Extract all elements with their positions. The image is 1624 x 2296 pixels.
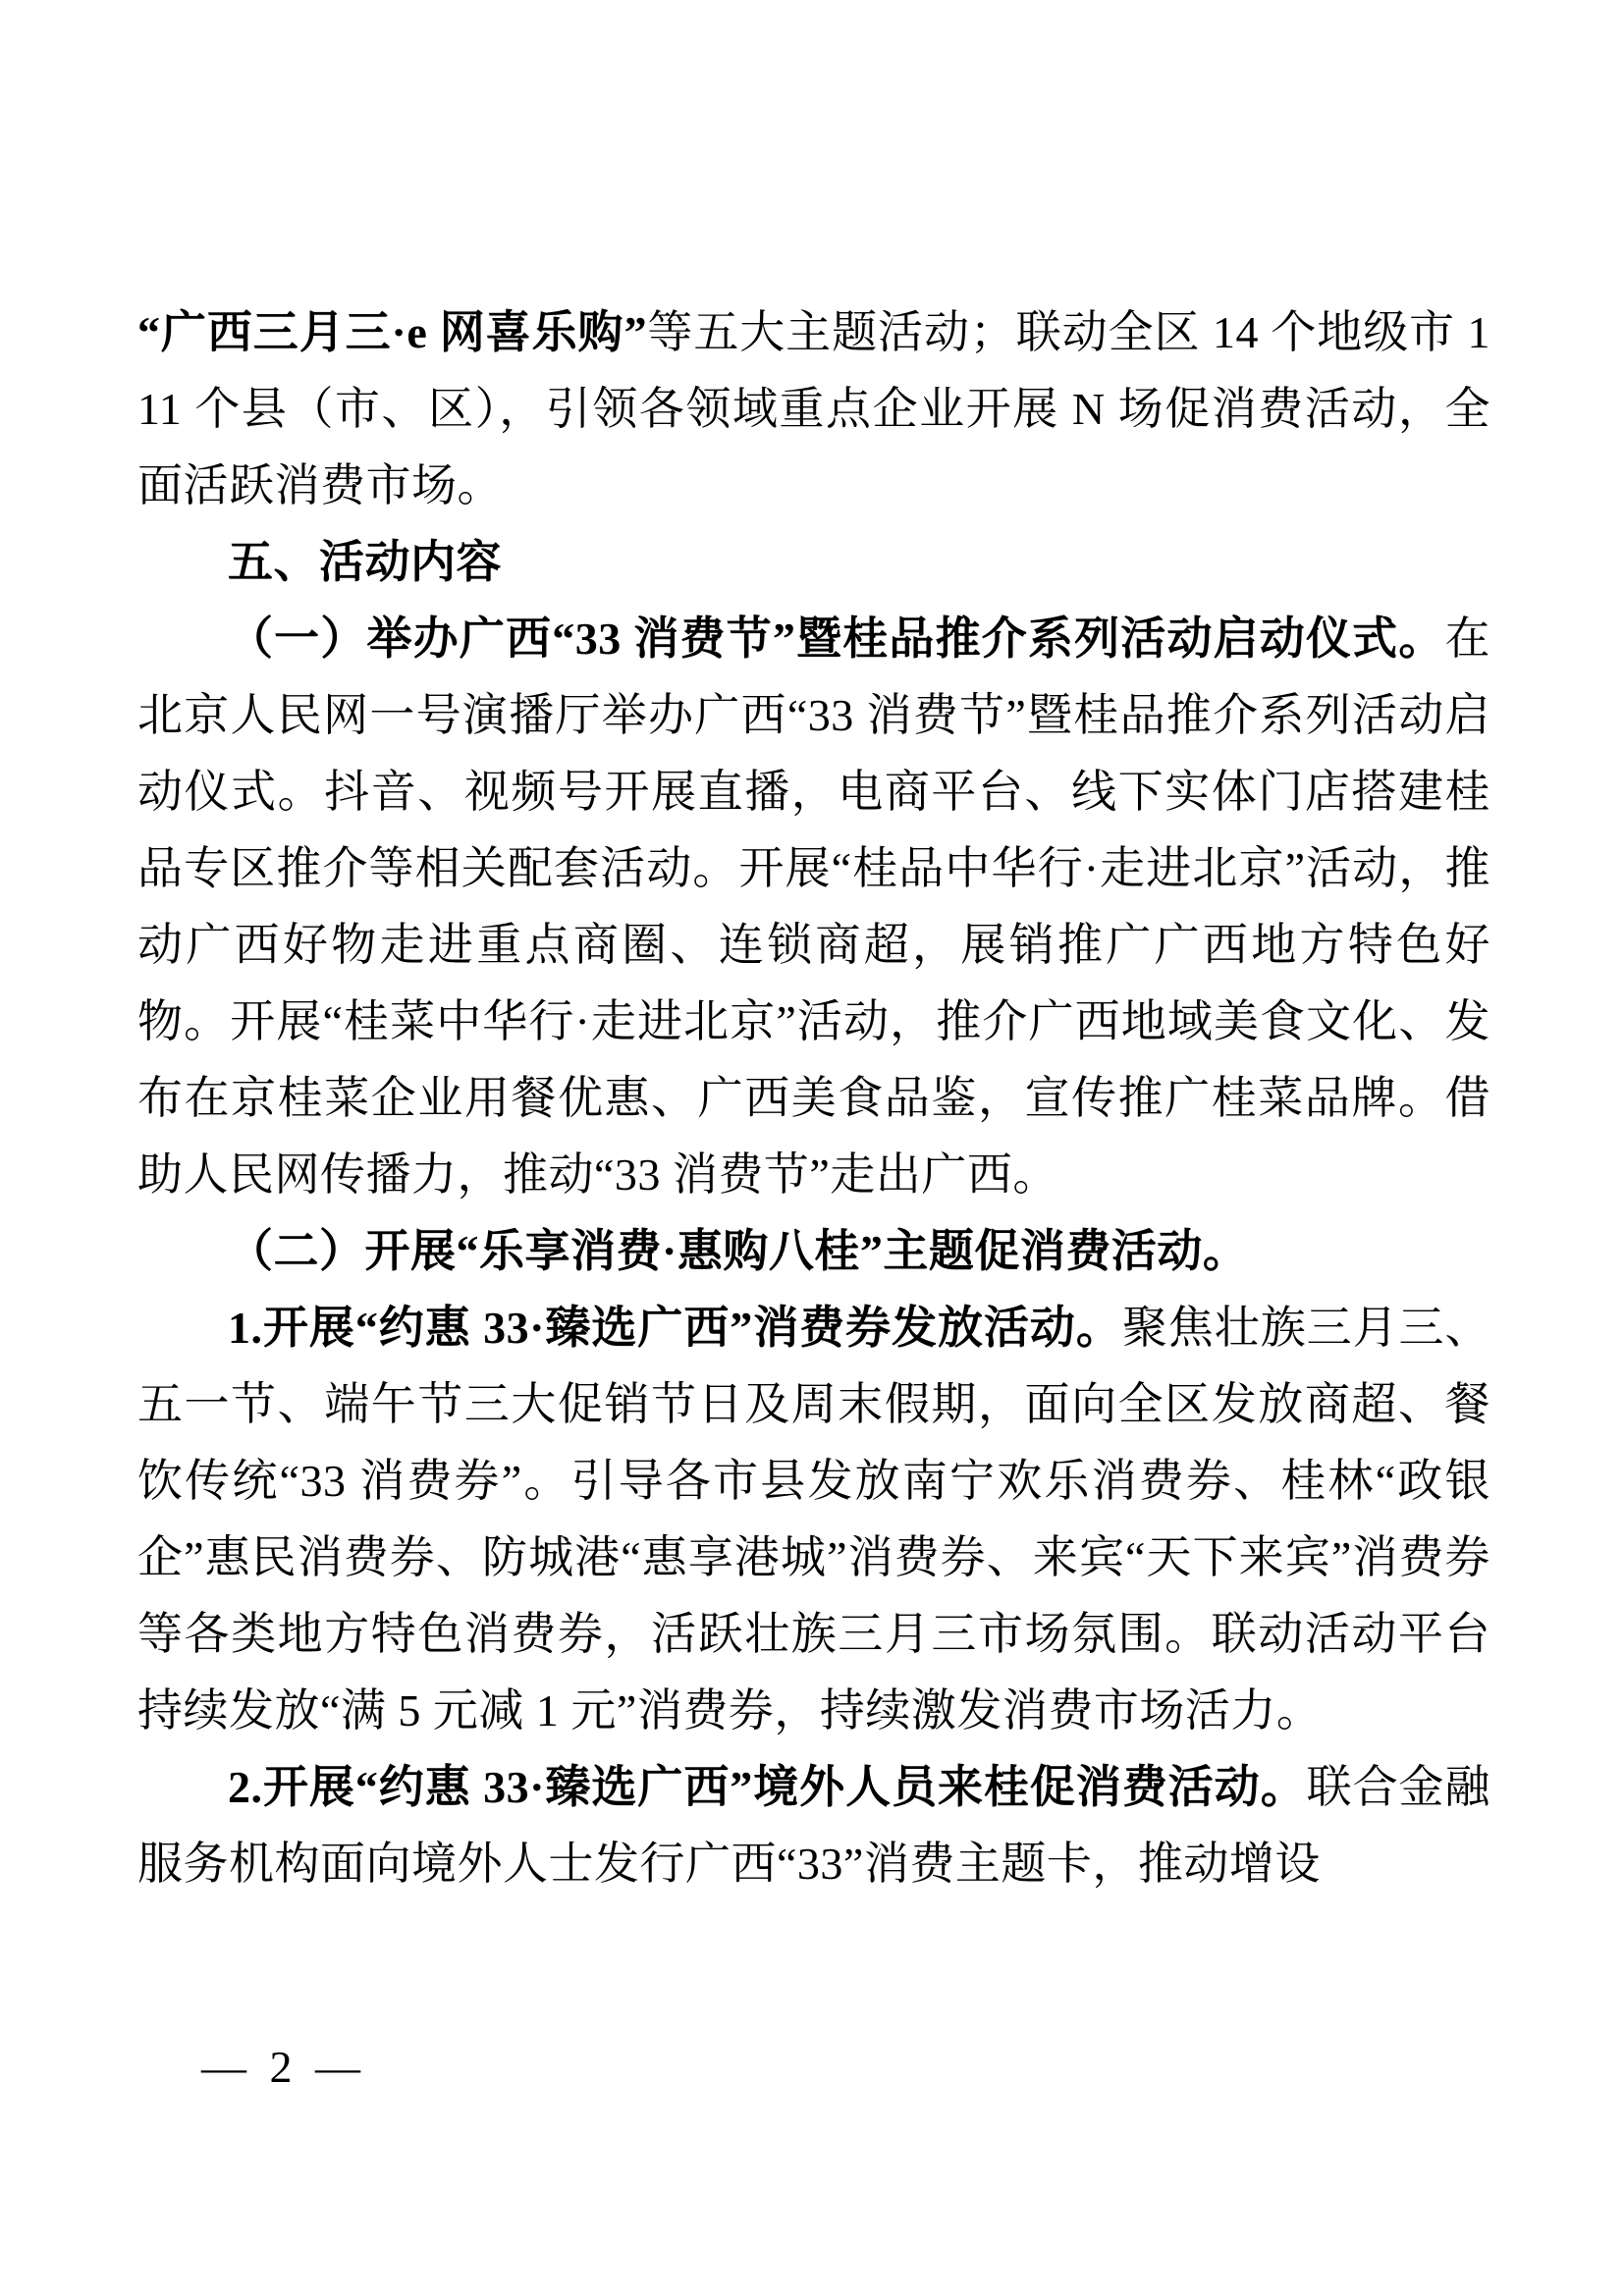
document-body: “广西三月三·e 网喜乐购”等五大主题活动；联动全区 14 个地级市 111 个… (137, 294, 1490, 1902)
body-text: 在北京人民网一号演播厅举办广西“33 消费节”暨桂品推介系列活动启动仪式。抖音、… (137, 614, 1490, 1200)
para-item-two-sub-1: 1.开展“约惠 33·臻选广西”消费券发放活动。聚焦壮族三月三、五一节、端午节三… (137, 1290, 1490, 1749)
para-item-one: （一）举办广西“33 消费节”暨桂品推介系列活动启动仪式。在北京人民网一号演播厅… (137, 601, 1490, 1213)
heading-item-two: （二）开展“乐享消费·惠购八桂”主题促消费活动。 (137, 1213, 1490, 1290)
bold-lead-item-one: （一）举办广西“33 消费节”暨桂品推介系列活动启动仪式。 (228, 614, 1445, 664)
body-text: 聚焦壮族三月三、五一节、端午节三大促销节日及周末假期，面向全区发放商超、餐饮传统… (137, 1303, 1490, 1735)
page-number: — 2 — (201, 2040, 366, 2095)
document-page: “广西三月三·e 网喜乐购”等五大主题活动；联动全区 14 个地级市 111 个… (0, 0, 1624, 2296)
bold-phrase-ewang-xilegou: “广西三月三·e 网喜乐购” (137, 307, 647, 357)
para-item-two-sub-2: 2.开展“约惠 33·臻选广西”境外人员来桂促消费活动。联合金融服务机构面向境外… (137, 1749, 1490, 1902)
para-intro-continuation: “广西三月三·e 网喜乐购”等五大主题活动；联动全区 14 个地级市 111 个… (137, 294, 1490, 524)
heading-text: （二）开展“乐享消费·惠购八桂”主题促消费活动。 (228, 1226, 1248, 1276)
bold-lead-coupon-activity: 1.开展“约惠 33·臻选广西”消费券发放活动。 (228, 1303, 1122, 1353)
heading-section-five: 五、活动内容 (137, 524, 1490, 601)
bold-lead-overseas-activity: 2.开展“约惠 33·臻选广西”境外人员来桂促消费活动。 (228, 1762, 1307, 1812)
heading-text: 五、活动内容 (228, 537, 502, 587)
